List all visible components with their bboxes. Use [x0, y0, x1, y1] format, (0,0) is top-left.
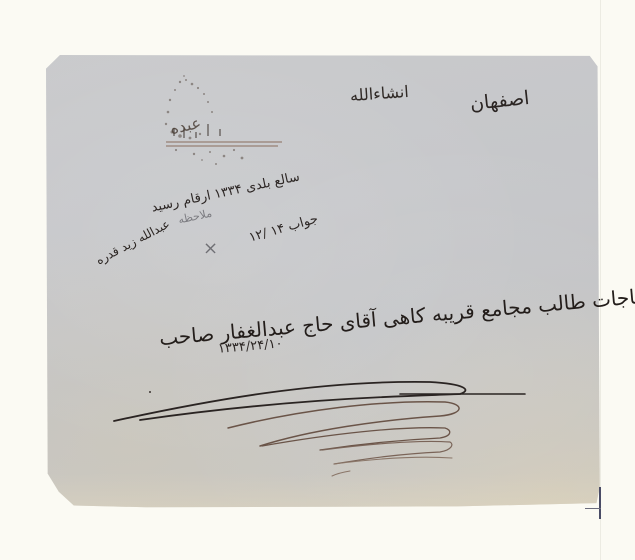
scan-corner-mark-horizontal [585, 508, 601, 509]
destination-note: انشاءالله [350, 84, 410, 104]
signature-flourish-icon [100, 370, 540, 480]
page-edge [600, 0, 601, 560]
scanned-page: عبده انشاءالله اصفهان سالع بلدی ۱۳۳۴ ارق… [0, 0, 635, 560]
cross-mark-icon: × [203, 240, 218, 258]
scan-corner-mark [599, 487, 601, 519]
